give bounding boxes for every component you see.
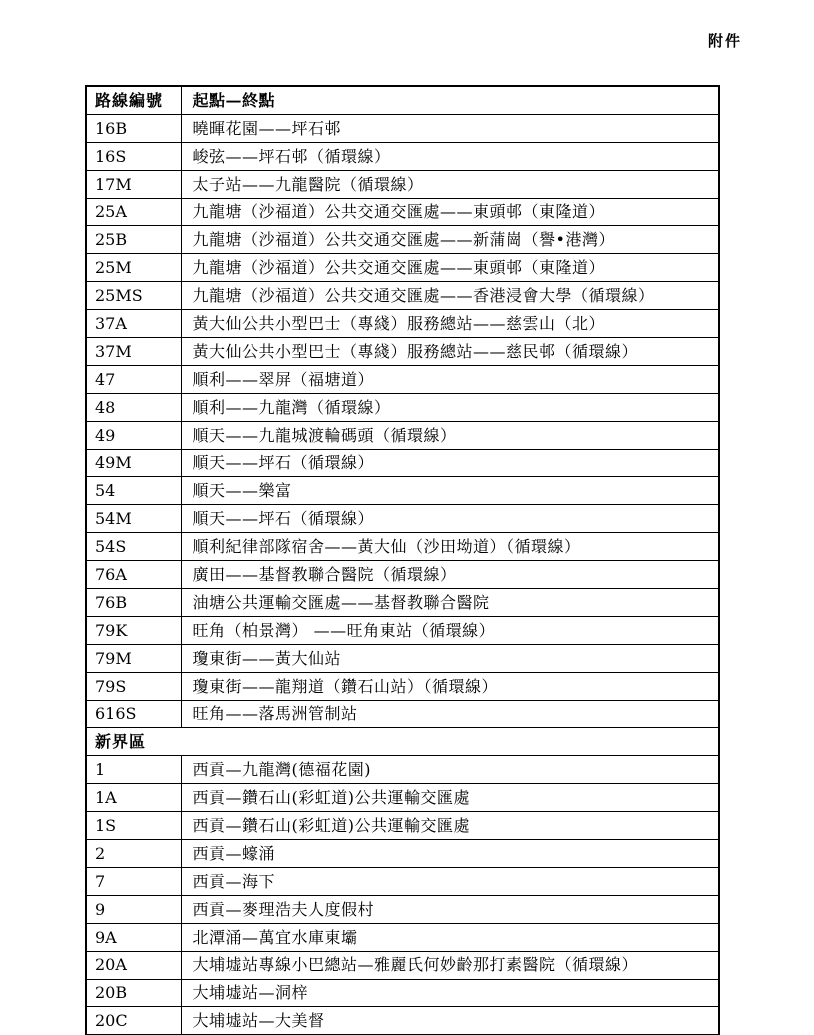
route-number-cell: 49 (86, 421, 181, 449)
route-endpoints-cell: 九龍塘（沙福道）公共交通交匯處——東頭邨（東隆道） (181, 254, 719, 282)
route-number-cell: 616S (86, 700, 181, 728)
route-number-cell: 2 (86, 840, 181, 868)
route-number-cell: 37A (86, 310, 181, 338)
table-row: 9A北潭涌—萬宜水庫東壩 (86, 923, 719, 951)
route-number-cell: 79S (86, 672, 181, 700)
route-endpoints-cell: 瓊東街——龍翔道（鑽石山站）（循環線） (181, 672, 719, 700)
table-row: 17M太子站——九龍醫院（循環線） (86, 170, 719, 198)
table-row: 20A大埔墟站專線小巴總站—雅麗氏何妙齡那打素醫院（循環線） (86, 951, 719, 979)
route-number-cell: 25MS (86, 282, 181, 310)
table-row: 20B大埔墟站—洞梓 (86, 979, 719, 1007)
table-row: 25M九龍塘（沙福道）公共交通交匯處——東頭邨（東隆道） (86, 254, 719, 282)
table-row: 37M黃大仙公共小型巴士（專綫）服務總站——慈民邨（循環線） (86, 338, 719, 366)
route-number-cell: 1A (86, 784, 181, 812)
route-endpoints-cell: 西貢—海下 (181, 867, 719, 895)
table-row: 616S旺角——落馬洲管制站 (86, 700, 719, 728)
table-row: 25A九龍塘（沙福道）公共交通交匯處——東頭邨（東隆道） (86, 198, 719, 226)
route-number-cell: 7 (86, 867, 181, 895)
table-row: 16B曉暉花園——坪石邨 (86, 114, 719, 142)
route-endpoints-cell: 廣田——基督教聯合醫院（循環線） (181, 561, 719, 589)
route-table-body: 16B曉暉花園——坪石邨16S峻弦——坪石邨（循環線）17M太子站——九龍醫院（… (86, 114, 719, 1035)
route-endpoints-cell: 順天——樂富 (181, 477, 719, 505)
table-row: 7西貢—海下 (86, 867, 719, 895)
route-endpoints-cell: 順利——翠屏（福塘道） (181, 365, 719, 393)
table-row: 16S峻弦——坪石邨（循環線） (86, 142, 719, 170)
route-endpoints-cell: 西貢—鑽石山(彩虹道)公共運輸交匯處 (181, 812, 719, 840)
table-row: 2西貢—蠔涌 (86, 840, 719, 868)
route-endpoints-cell: 大埔墟站—洞梓 (181, 979, 719, 1007)
table-row: 1S西貢—鑽石山(彩虹道)公共運輸交匯處 (86, 812, 719, 840)
table-row: 20C大埔墟站—大美督 (86, 1007, 719, 1035)
route-endpoints-cell: 順利紀律部隊宿舍——黃大仙（沙田坳道）（循環線） (181, 533, 719, 561)
table-row: 1A西貢—鑽石山(彩虹道)公共運輸交匯處 (86, 784, 719, 812)
route-endpoints-cell: 太子站——九龍醫院（循環線） (181, 170, 719, 198)
route-number-cell: 37M (86, 338, 181, 366)
column-header-origin-destination: 起點—終點 (181, 86, 719, 114)
route-endpoints-cell: 黃大仙公共小型巴士（專綫）服務總站——慈民邨（循環線） (181, 338, 719, 366)
route-endpoints-cell: 順利——九龍灣（循環線） (181, 393, 719, 421)
route-endpoints-cell: 曉暉花園——坪石邨 (181, 114, 719, 142)
route-number-cell: 79K (86, 616, 181, 644)
route-number-cell: 76B (86, 589, 181, 617)
route-endpoints-cell: 瓊東街——黃大仙站 (181, 644, 719, 672)
route-number-cell: 20B (86, 979, 181, 1007)
table-row: 37A黃大仙公共小型巴士（專綫）服務總站——慈雲山（北） (86, 310, 719, 338)
table-row: 47順利——翠屏（福塘道） (86, 365, 719, 393)
route-number-cell: 17M (86, 170, 181, 198)
column-header-route-number: 路線編號 (86, 86, 181, 114)
route-endpoints-cell: 旺角——落馬洲管制站 (181, 700, 719, 728)
route-endpoints-cell: 西貢—蠔涌 (181, 840, 719, 868)
route-number-cell: 25M (86, 254, 181, 282)
route-number-cell: 20C (86, 1007, 181, 1035)
route-endpoints-cell: 西貢—麥理浩夫人度假村 (181, 895, 719, 923)
route-number-cell: 9A (86, 923, 181, 951)
route-endpoints-cell: 西貢—九龍灣(德福花園) (181, 756, 719, 784)
section-header-cell: 新界區 (86, 728, 719, 756)
route-number-cell: 9 (86, 895, 181, 923)
route-number-cell: 49M (86, 449, 181, 477)
route-number-cell: 54S (86, 533, 181, 561)
route-endpoints-cell: 順天——坪石（循環線） (181, 505, 719, 533)
route-number-cell: 16S (86, 142, 181, 170)
table-row: 54順天——樂富 (86, 477, 719, 505)
route-endpoints-cell: 峻弦——坪石邨（循環線） (181, 142, 719, 170)
route-endpoints-cell: 油塘公共運輸交匯處——基督教聯合醫院 (181, 589, 719, 617)
route-number-cell: 76A (86, 561, 181, 589)
route-number-cell: 47 (86, 365, 181, 393)
table-row: 79S瓊東街——龍翔道（鑽石山站）（循環線） (86, 672, 719, 700)
route-number-cell: 54M (86, 505, 181, 533)
table-row: 49順天——九龍城渡輪碼頭（循環線） (86, 421, 719, 449)
route-endpoints-cell: 西貢—鑽石山(彩虹道)公共運輸交匯處 (181, 784, 719, 812)
table-row: 79M瓊東街——黃大仙站 (86, 644, 719, 672)
table-header-row: 路線編號 起點—終點 (86, 86, 719, 114)
route-endpoints-cell: 北潭涌—萬宜水庫東壩 (181, 923, 719, 951)
route-endpoints-cell: 大埔墟站—大美督 (181, 1007, 719, 1035)
route-number-cell: 54 (86, 477, 181, 505)
route-number-cell: 1S (86, 812, 181, 840)
attachment-label: 附件 (708, 30, 742, 51)
route-number-cell: 48 (86, 393, 181, 421)
table-row: 25MS九龍塘（沙福道）公共交通交匯處——香港浸會大學（循環線） (86, 282, 719, 310)
route-number-cell: 25B (86, 226, 181, 254)
table-row: 9西貢—麥理浩夫人度假村 (86, 895, 719, 923)
table-row: 54S順利紀律部隊宿舍——黃大仙（沙田坳道）（循環線） (86, 533, 719, 561)
section-header-row: 新界區 (86, 728, 719, 756)
table-row: 25B九龍塘（沙福道）公共交通交匯處——新蒲崗（譽•港灣） (86, 226, 719, 254)
table-row: 79K旺角（柏景灣） ——旺角東站（循環線） (86, 616, 719, 644)
route-endpoints-cell: 九龍塘（沙福道）公共交通交匯處——新蒲崗（譽•港灣） (181, 226, 719, 254)
route-endpoints-cell: 旺角（柏景灣） ——旺角東站（循環線） (181, 616, 719, 644)
route-number-cell: 25A (86, 198, 181, 226)
document-page: 附件 路線編號 起點—終點 16B曉暉花園——坪石邨16S峻弦——坪石邨（循環線… (0, 0, 814, 1035)
route-number-cell: 16B (86, 114, 181, 142)
route-number-cell: 79M (86, 644, 181, 672)
route-endpoints-cell: 黃大仙公共小型巴士（專綫）服務總站——慈雲山（北） (181, 310, 719, 338)
route-endpoints-cell: 順天——九龍城渡輪碼頭（循環線） (181, 421, 719, 449)
table-row: 1西貢—九龍灣(德福花園) (86, 756, 719, 784)
table-row: 49M順天——坪石（循環線） (86, 449, 719, 477)
table-row: 76B油塘公共運輸交匯處——基督教聯合醫院 (86, 589, 719, 617)
table-row: 54M順天——坪石（循環線） (86, 505, 719, 533)
route-number-cell: 20A (86, 951, 181, 979)
route-number-cell: 1 (86, 756, 181, 784)
route-endpoints-cell: 大埔墟站專線小巴總站—雅麗氏何妙齡那打素醫院（循環線） (181, 951, 719, 979)
route-endpoints-cell: 九龍塘（沙福道）公共交通交匯處——東頭邨（東隆道） (181, 198, 719, 226)
table-row: 76A廣田——基督教聯合醫院（循環線） (86, 561, 719, 589)
route-endpoints-cell: 順天——坪石（循環線） (181, 449, 719, 477)
table-row: 48順利——九龍灣（循環線） (86, 393, 719, 421)
route-endpoints-cell: 九龍塘（沙福道）公共交通交匯處——香港浸會大學（循環線） (181, 282, 719, 310)
route-table: 路線編號 起點—終點 16B曉暉花園——坪石邨16S峻弦——坪石邨（循環線）17… (85, 85, 720, 1035)
